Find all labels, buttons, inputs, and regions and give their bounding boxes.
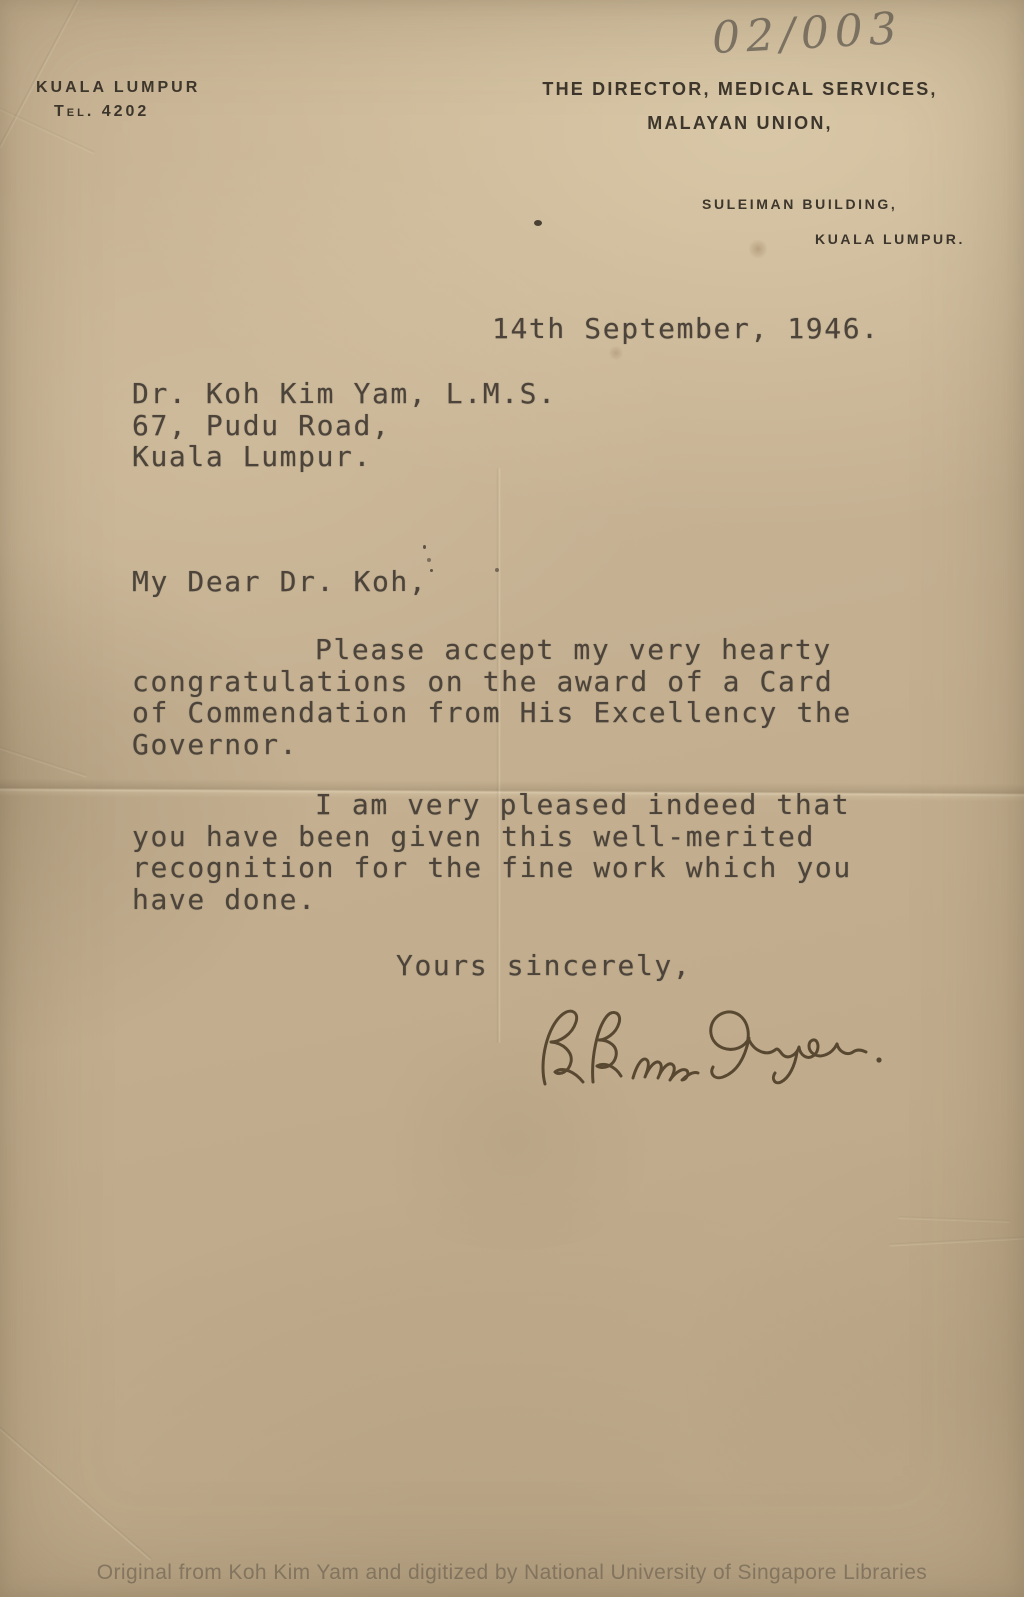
pencil-file-number: 02/003 <box>711 3 904 64</box>
ink-speck <box>430 569 433 572</box>
crease-right-edge <box>898 1216 1010 1223</box>
body-line: of Commendation from His Excellency the <box>132 697 852 729</box>
body-line: I am very pleased indeed that <box>132 789 852 821</box>
body-line: Please accept my very hearty <box>132 634 852 666</box>
body-line: recognition for the fine work which you <box>132 852 852 884</box>
letterhead-city: KUALA LUMPUR <box>36 76 200 100</box>
paper-stain-small <box>608 346 624 360</box>
signature-ink-strokes <box>535 998 925 1093</box>
crease-left-fold-notch <box>0 741 88 778</box>
ink-speck <box>534 220 542 226</box>
recipient-line: Dr. Koh Kim Yam, L.M.S. <box>132 378 557 410</box>
letterhead-building: SULEIMAN BUILDING, <box>702 196 897 212</box>
closing: Yours sincerely, <box>396 950 691 982</box>
crease-bottom-left <box>0 1426 152 1561</box>
body-line: congratulations on the award of a Card <box>132 666 852 698</box>
crease-bottom-right <box>889 1236 1024 1246</box>
paper-stain <box>749 238 767 260</box>
letterhead-telephone: Tel. 4202 <box>54 100 200 124</box>
body-line: have done. <box>132 884 852 916</box>
body-paragraph-2: I am very pleased indeed that you have b… <box>132 789 852 915</box>
recipient-line: 67, Pudu Road, <box>132 410 557 442</box>
body-line: Governor. <box>132 729 852 761</box>
letterhead-title: THE DIRECTOR, MEDICAL SERVICES, MALAYAN … <box>512 72 968 140</box>
ink-speck <box>495 568 499 572</box>
crease-top-left <box>0 0 80 148</box>
letterhead-title-line2: MALAYAN UNION, <box>512 106 968 140</box>
body-paragraph-1: Please accept my very hearty congratulat… <box>132 634 852 760</box>
letterhead-title-line1: THE DIRECTOR, MEDICAL SERVICES, <box>512 72 968 106</box>
letterhead-building-city: KUALA LUMPUR. <box>815 231 965 247</box>
signature-handwritten <box>535 998 925 1093</box>
salutation: My Dear Dr. Koh, <box>132 566 427 598</box>
letter-paper: 02/003 KUALA LUMPUR Tel. 4202 THE DIRECT… <box>0 0 1024 1597</box>
ink-speck <box>423 545 426 549</box>
digitization-credit: Original from Koh Kim Yam and digitized … <box>0 1561 1024 1585</box>
recipient-line: Kuala Lumpur. <box>132 441 557 473</box>
letter-date: 14th September, 1946. <box>492 313 880 345</box>
body-line: you have been given this well-merited <box>132 821 852 853</box>
recipient-address: Dr. Koh Kim Yam, L.M.S. 67, Pudu Road, K… <box>132 378 557 473</box>
ink-speck <box>427 558 431 562</box>
letterhead-left: KUALA LUMPUR Tel. 4202 <box>36 76 200 124</box>
